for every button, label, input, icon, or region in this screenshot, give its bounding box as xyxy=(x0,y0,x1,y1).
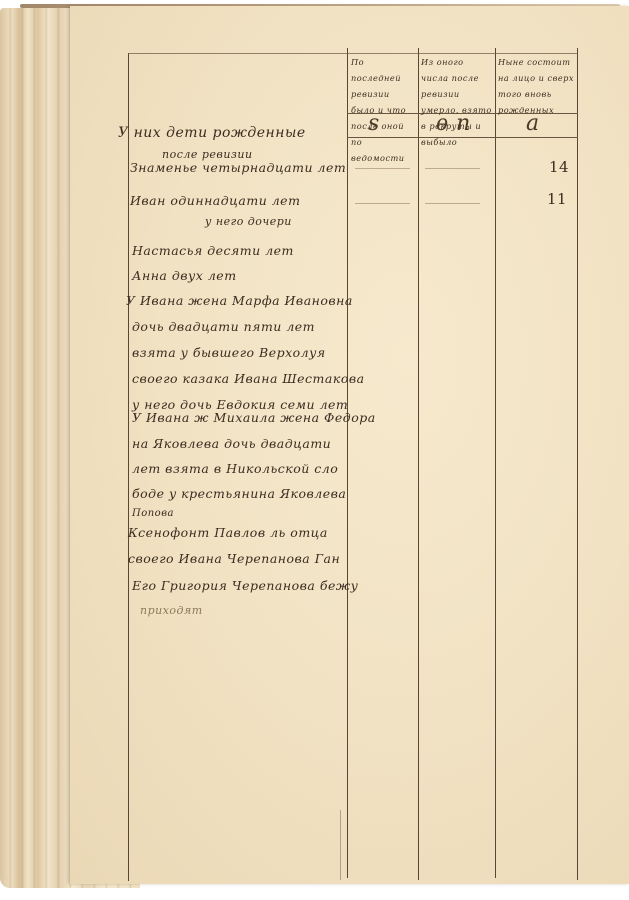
entry-line: Настасья десяти лет xyxy=(132,243,294,258)
entry-line: своего Ивана Черепанова Ган xyxy=(128,551,340,566)
note-line: приходят xyxy=(140,604,203,617)
entry-line: Иван одиннадцати лет xyxy=(130,193,300,208)
entry-line: у него дочери xyxy=(205,215,292,228)
entry-line: лет взята в Никольской сло xyxy=(132,461,338,476)
entry-line: Знаменье четырнадцати лет xyxy=(130,160,346,175)
entry-line: взята у бывшего Верхолуя xyxy=(132,345,326,360)
entry-line: Попова xyxy=(132,508,174,519)
column-header-1: По последней ревизии было и что после он… xyxy=(351,54,415,166)
entry-line: боде у крестьянина Яковлева xyxy=(132,486,346,501)
dash-mark xyxy=(355,203,410,204)
column-rule-4 xyxy=(577,48,578,880)
dash-mark xyxy=(425,168,480,169)
dash-mark xyxy=(425,203,480,204)
entry-line: своего казака Ивана Шестакова xyxy=(132,371,365,386)
margin-rule xyxy=(128,53,129,881)
column-rule-1 xyxy=(347,48,348,878)
entry-line: Анна двух лет xyxy=(132,268,237,283)
entry-line: Его Григория Черепанова бежу xyxy=(132,578,358,593)
entry-line: дочь двадцати пяти лет xyxy=(132,319,315,334)
column-numeral-3: а xyxy=(526,111,540,136)
faint-rule xyxy=(340,810,341,880)
heading-children: У них дети рожденные xyxy=(118,125,306,141)
entry-line: У Ивана ж Михаила жена Федора xyxy=(132,410,376,425)
column-header-3: Ныне состоит на лицо и сверх того вновь … xyxy=(498,54,576,118)
column-rule-2 xyxy=(418,48,419,880)
entry-line: Ксенофонт Павлов ль отца xyxy=(128,525,328,540)
column-numeral-1: ѕ xyxy=(368,111,380,136)
value-11: 11 xyxy=(547,190,567,208)
column-rule-3 xyxy=(495,48,496,878)
value-14: 14 xyxy=(549,158,569,176)
dash-mark xyxy=(355,168,410,169)
entry-line: на Яковлева дочь двадцати xyxy=(132,436,331,451)
entry-line: У Ивана жена Марфа Ивановна xyxy=(126,293,353,308)
column-numeral-2: ѳ п xyxy=(436,111,471,136)
